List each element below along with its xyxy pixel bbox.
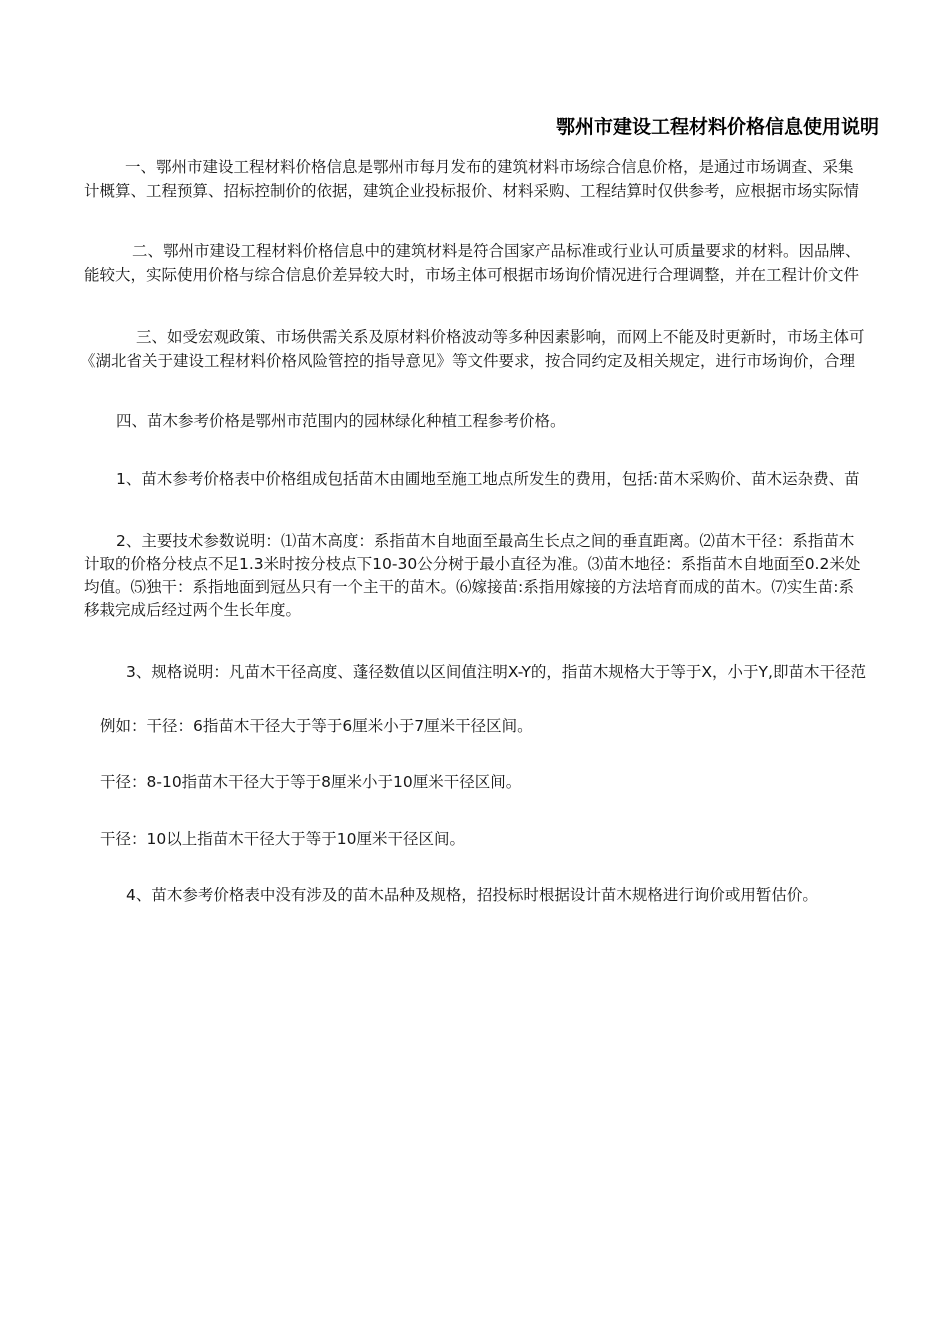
item-2-line-2: 计取的价格分枝点不足1.3米时按分枝点下10-30公分树于最小直径为准。⑶苗木地… [84, 553, 860, 575]
item-2-line-3: 均值。⑸独干：系指地面到冠丛只有一个主干的苗木。⑹嫁接苗:系指用嫁接的方法培育而… [84, 576, 854, 598]
example-3: 干径：10以上指苗木干径大于等于10厘米干径区间。 [100, 828, 465, 850]
document-title: 鄂州市建设工程材料价格信息使用说明 [556, 112, 879, 139]
item-2-line-1: 2、主要技术参数说明：⑴苗木高度：系指苗木自地面至最高生长点之间的垂直距离。⑵苗… [116, 530, 854, 552]
paragraph-4: 四、苗木参考价格是鄂州市范围内的园林绿化种植工程参考价格。 [116, 410, 566, 432]
paragraph-1-line-1: 一、鄂州市建设工程材料价格信息是鄂州市每月发布的建筑材料市场综合信息价格，是通过… [125, 156, 854, 178]
item-2-line-4: 移栽完成后经过两个生长年度。 [84, 599, 301, 621]
item-1: 1、苗木参考价格表中价格组成包括苗木由圃地至施工地点所发生的费用，包括:苗木采购… [116, 468, 860, 490]
paragraph-1-line-2: 计概算、工程预算、招标控制价的依据，建筑企业投标报价、材料采购、工程结算时仅供参… [84, 180, 859, 202]
paragraph-2-line-1: 二、鄂州市建设工程材料价格信息中的建筑材料是符合国家产品标准或行业认可质量要求的… [132, 240, 861, 262]
item-4: 4、苗木参考价格表中没有涉及的苗木品种及规格，招投标时根据设计苗木规格进行询价或… [126, 884, 818, 906]
document-page: 鄂州市建设工程材料价格信息使用说明 一、鄂州市建设工程材料价格信息是鄂州市每月发… [0, 0, 950, 1344]
paragraph-3-line-2: 《湖北省关于建设工程材料价格风险管控的指导意见》等文件要求，按合同约定及相关规定… [80, 350, 855, 372]
item-3: 3、规格说明：凡苗木干径高度、蓬径数值以区间值注明X-Y的，指苗木规格大于等于X… [126, 661, 866, 683]
paragraph-3-line-1: 三、如受宏观政策、市场供需关系及原材料价格波动等多种因素影响，而网上不能及时更新… [136, 326, 865, 348]
paragraph-2-line-2: 能较大，实际使用价格与综合信息价差异较大时，市场主体可根据市场询价情况进行合理调… [84, 264, 859, 286]
example-2: 干径：8-10指苗木干径大于等于8厘米小于10厘米干径区间。 [100, 771, 521, 793]
example-1: 例如：干径：6指苗木干径大于等于6厘米小于7厘米干径区间。 [100, 715, 533, 737]
